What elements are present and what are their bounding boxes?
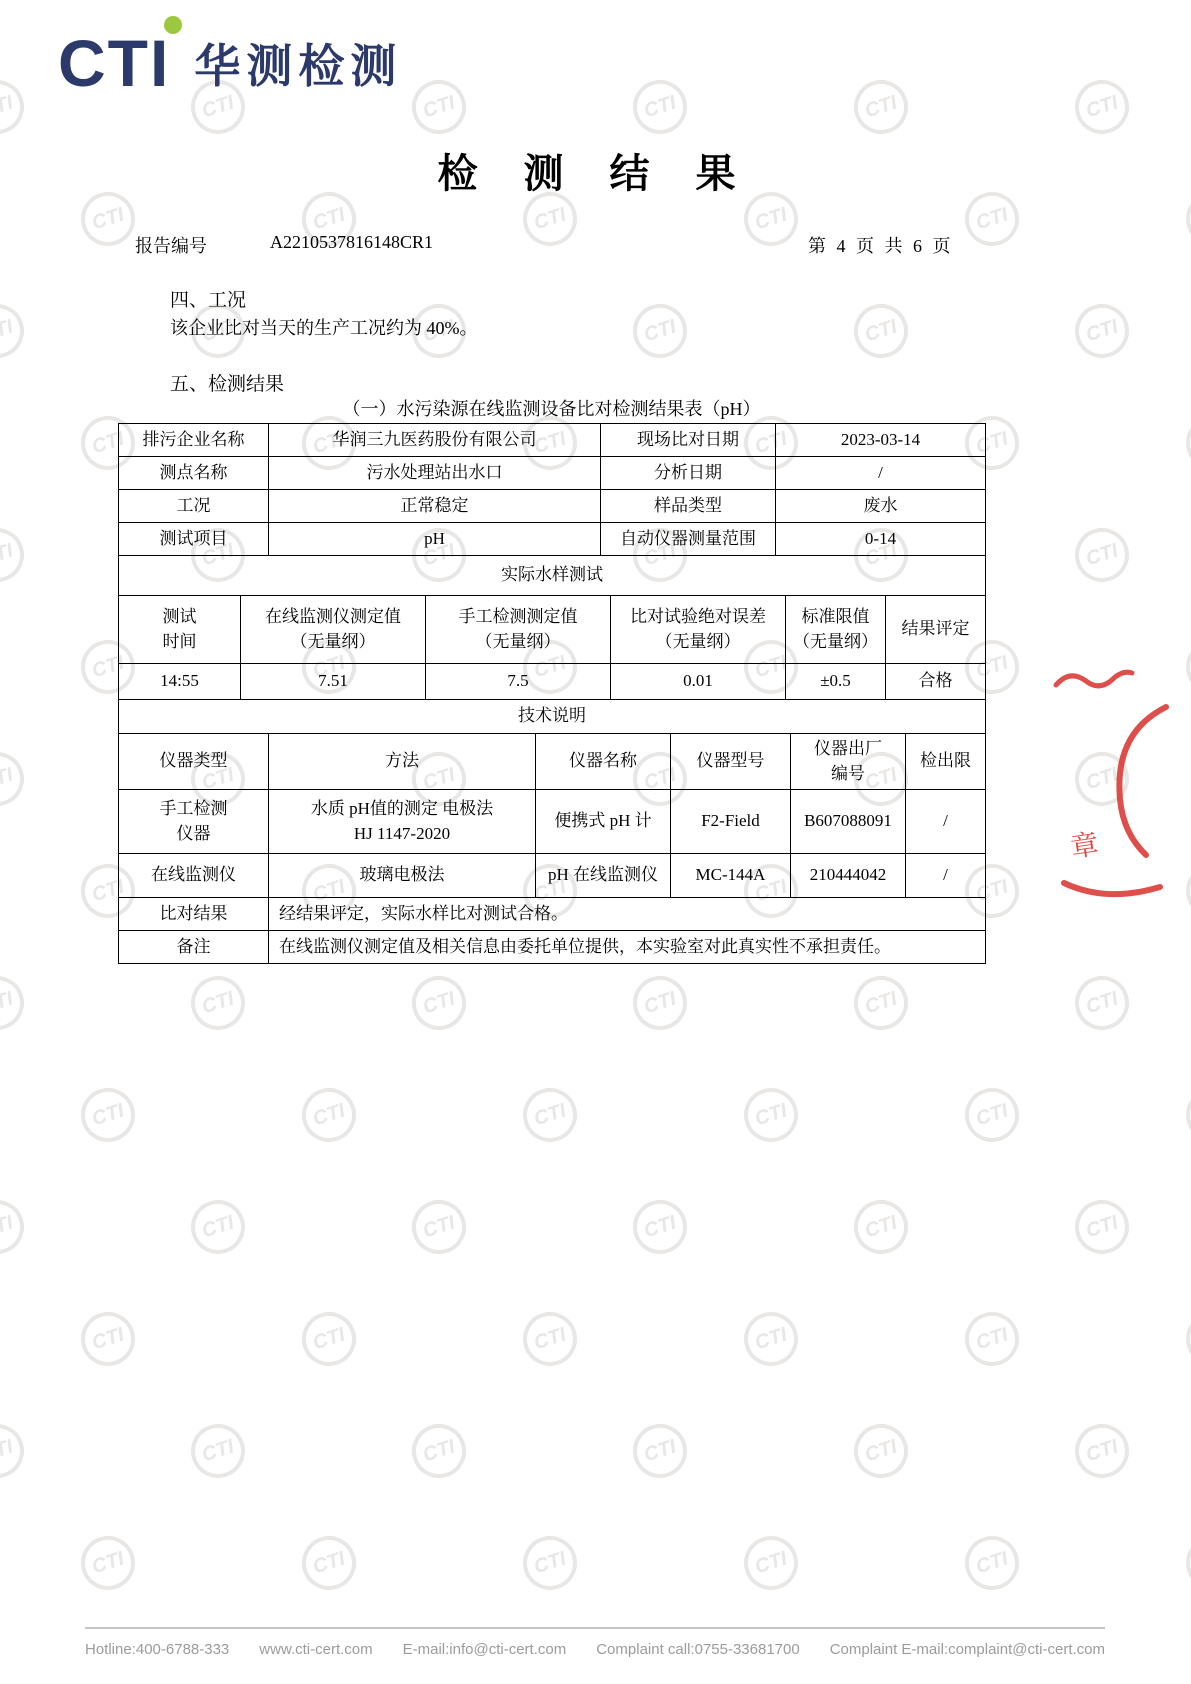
table-row: 备注 在线监测仪测定值及相关信息由委托单位提供，本实验室对此真实性不承担责任。: [119, 931, 986, 964]
conclusion-value: 经结果评定，实际水样比对测试合格。: [269, 898, 986, 931]
instrument-model: F2-Field: [671, 790, 791, 854]
footer-divider: [85, 1627, 1105, 1629]
instrument-model: MC-144A: [671, 854, 791, 898]
conclusion-label: 比对结果: [119, 898, 269, 931]
table-row: 实际水样测试: [119, 556, 986, 596]
page-indicator: 第 4 页 共 6 页: [808, 232, 954, 258]
tech-table: 技术说明 仪器类型 方法 仪器名称 仪器型号 仪器出厂 编号 检出限 手工检测 …: [118, 699, 986, 898]
column-header: 检出限: [906, 734, 986, 790]
method: 水质 pH值的测定 电极法 HJ 1147-2020: [269, 790, 536, 854]
table-header-row: 仪器类型 方法 仪器名称 仪器型号 仪器出厂 编号 检出限: [119, 734, 986, 790]
report-number-value: A2210537816148CR1: [270, 232, 433, 253]
report-number-label: 报告编号: [135, 232, 207, 258]
method: 玻璃电极法: [269, 854, 536, 898]
column-header: 标准限值 （无量纲）: [786, 596, 886, 664]
detection-limit: /: [906, 790, 986, 854]
column-header: 比对试验绝对误差 （无量纲）: [611, 596, 786, 664]
table-row: 比对结果 经结果评定，实际水样比对测试合格。: [119, 898, 986, 931]
table-header-row: 测试 时间 在线监测仪测定值 （无量纲） 手工检测测定值 （无量纲） 比对试验绝…: [119, 596, 986, 664]
column-header: 仪器名称: [536, 734, 671, 790]
section-4-body: 该企业比对当天的生产工况约为 40%。: [170, 314, 478, 340]
cti-logo: CTI 华测检测: [58, 30, 402, 96]
online-value: 7.51: [241, 664, 426, 700]
manual-value: 7.5: [426, 664, 611, 700]
table-row: 测试项目 pH 自动仪器测量范围 0-14: [119, 523, 986, 556]
column-header: 结果评定: [886, 596, 986, 664]
cti-logo-green-dot-icon: [164, 16, 182, 34]
red-seal-fragment: 章: [1048, 655, 1191, 905]
instrument-type: 在线监测仪: [119, 854, 269, 898]
cti-logo-chinese: 华测检测: [194, 43, 402, 89]
info-value: 0-14: [776, 523, 986, 556]
info-value: 正常稳定: [269, 490, 601, 523]
footer-complaint-email: Complaint E-mail:complaint@cti-cert.com: [830, 1641, 1105, 1658]
table-row: 测点名称 污水处理站出水口 分析日期 /: [119, 457, 986, 490]
info-value: 废水: [776, 490, 986, 523]
info-label: 工况: [119, 490, 269, 523]
info-label: 自动仪器测量范围: [601, 523, 776, 556]
result-judgement: 合格: [886, 664, 986, 700]
table-row: 14:55 7.51 7.5 0.01 ±0.5 合格: [119, 664, 986, 700]
section-5-heading: 五、检测结果: [170, 369, 284, 396]
standard-limit: ±0.5: [786, 664, 886, 700]
instrument-name: pH 在线监测仪: [536, 854, 671, 898]
info-table: 排污企业名称 华润三九医药股份有限公司 现场比对日期 2023-03-14 测点…: [118, 423, 986, 556]
column-header: 在线监测仪测定值 （无量纲）: [241, 596, 426, 664]
instrument-type: 手工检测 仪器: [119, 790, 269, 854]
table-row: 工况 正常稳定 样品类型 废水: [119, 490, 986, 523]
sample-test-table: 实际水样测试 测试 时间 在线监测仪测定值 （无量纲） 手工检测测定值 （无量纲…: [118, 555, 986, 700]
footer-website: www.cti-cert.com: [259, 1641, 372, 1658]
report-page: CTICTICTICTICTICTICTICTICTICTICTICTICTIC…: [0, 0, 1191, 1684]
sample-section-title: 实际水样测试: [119, 556, 986, 596]
info-value: 华润三九医药股份有限公司: [269, 424, 601, 457]
info-label: 测点名称: [119, 457, 269, 490]
result-tables: 排污企业名称 华润三九医药股份有限公司 现场比对日期 2023-03-14 测点…: [118, 423, 985, 964]
info-label: 排污企业名称: [119, 424, 269, 457]
instrument-serial: 210444042: [791, 854, 906, 898]
column-header: 测试 时间: [119, 596, 241, 664]
info-label: 分析日期: [601, 457, 776, 490]
column-header: 仪器出厂 编号: [791, 734, 906, 790]
remarks-label: 备注: [119, 931, 269, 964]
info-value: 污水处理站出水口: [269, 457, 601, 490]
info-value: 2023-03-14: [776, 424, 986, 457]
tech-section-title: 技术说明: [119, 700, 986, 734]
info-value: /: [776, 457, 986, 490]
sample-time: 14:55: [119, 664, 241, 700]
instrument-serial: B607088091: [791, 790, 906, 854]
remarks-value: 在线监测仪测定值及相关信息由委托单位提供，本实验室对此真实性不承担责任。: [269, 931, 986, 964]
info-label: 现场比对日期: [601, 424, 776, 457]
seal-character: 章: [1069, 828, 1101, 864]
section-4-heading: 四、工况: [170, 285, 246, 312]
table-row: 排污企业名称 华润三九医药股份有限公司 现场比对日期 2023-03-14: [119, 424, 986, 457]
page-content: CTI 华测检测 检 测 结 果 报告编号 A2210537816148CR1 …: [0, 0, 1191, 1684]
footer-contact-bar: Hotline:400-6788-333 www.cti-cert.com E-…: [85, 1641, 1105, 1658]
table-caption: （一）水污染源在线监测设备比对检测结果表（pH）: [118, 395, 985, 421]
column-header: 仪器型号: [671, 734, 791, 790]
table-row: 在线监测仪 玻璃电极法 pH 在线监测仪 MC-144A 210444042 /: [119, 854, 986, 898]
footer-hotline: Hotline:400-6788-333: [85, 1641, 229, 1658]
column-header: 手工检测测定值 （无量纲）: [426, 596, 611, 664]
table-row: 手工检测 仪器 水质 pH值的测定 电极法 HJ 1147-2020 便携式 p…: [119, 790, 986, 854]
conclusion-table: 比对结果 经结果评定，实际水样比对测试合格。 备注 在线监测仪测定值及相关信息由…: [118, 897, 986, 964]
cti-logo-letters: CTI: [58, 26, 170, 100]
instrument-name: 便携式 pH 计: [536, 790, 671, 854]
page-title: 检 测 结 果: [0, 142, 1191, 199]
cti-logo-text: CTI: [58, 30, 170, 96]
table-row: 技术说明: [119, 700, 986, 734]
info-value: pH: [269, 523, 601, 556]
footer-email: E-mail:info@cti-cert.com: [403, 1641, 567, 1658]
info-label: 样品类型: [601, 490, 776, 523]
column-header: 方法: [269, 734, 536, 790]
info-label: 测试项目: [119, 523, 269, 556]
footer-complaint-call: Complaint call:0755-33681700: [596, 1641, 799, 1658]
absolute-error: 0.01: [611, 664, 786, 700]
detection-limit: /: [906, 854, 986, 898]
column-header: 仪器类型: [119, 734, 269, 790]
